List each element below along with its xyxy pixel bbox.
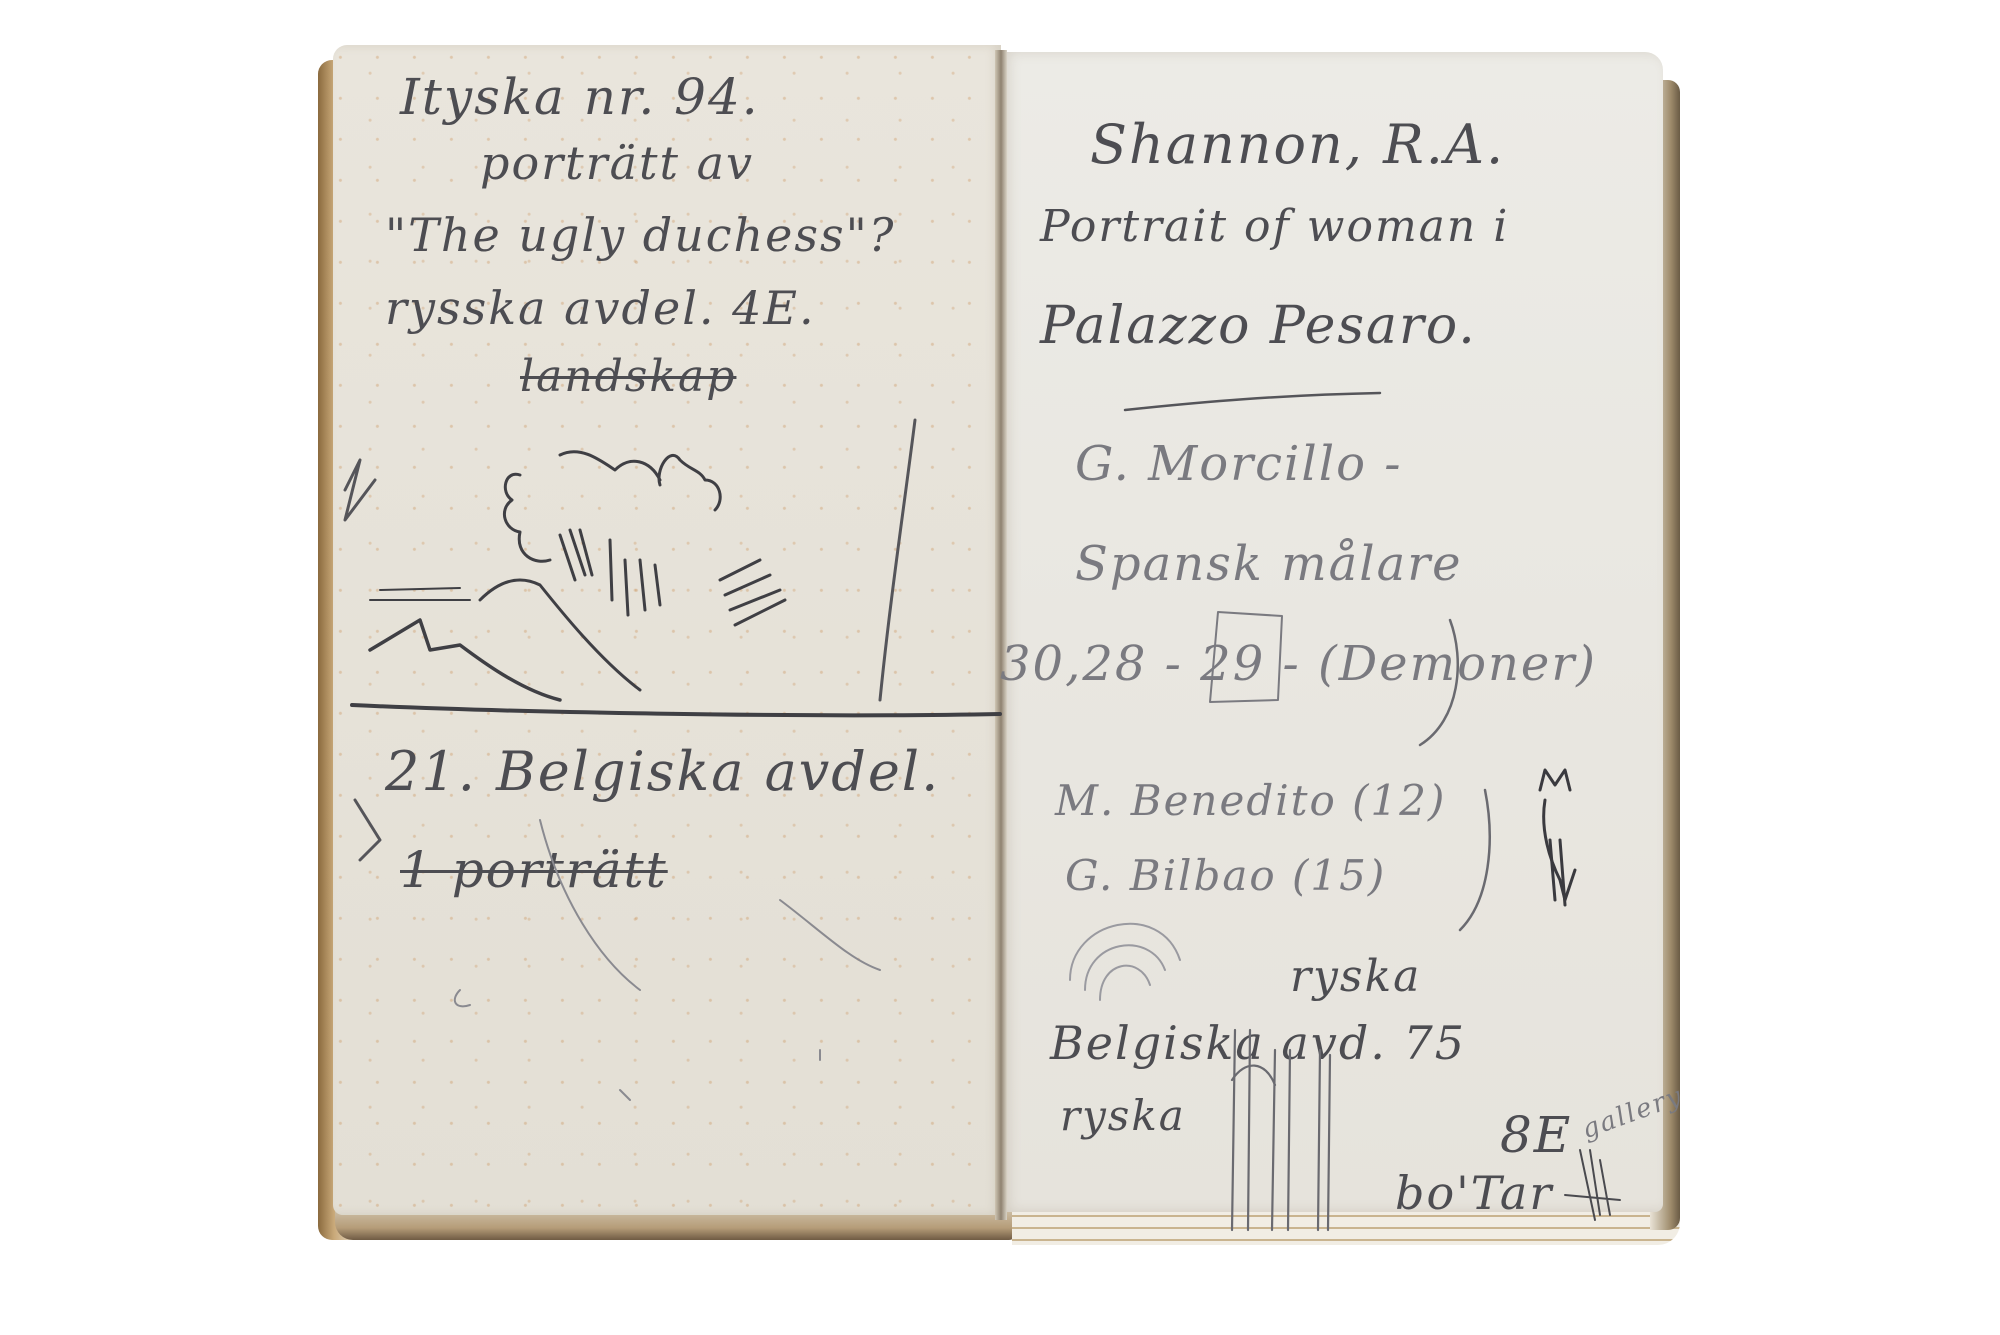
handwriting-line: Portrait of woman i xyxy=(1040,205,1509,249)
handwriting-line: 8E xyxy=(1500,1110,1572,1160)
handwriting-line: porträtt av xyxy=(480,140,754,186)
handwriting-line: 30,28 - 29 - (Demoner) xyxy=(1000,640,1597,688)
handwriting-line: rysska avdel. 4E. xyxy=(385,285,816,331)
handwriting-line: ryska xyxy=(1060,1095,1186,1137)
sketchbook: Ityska nr. 94. porträtt av "The ugly duc… xyxy=(0,0,2000,1335)
handwriting-line: M. Benedito (12) xyxy=(1055,780,1446,822)
handwriting-line-struck: 1 porträtt xyxy=(400,845,668,895)
handwriting-line: Ityska nr. 94. xyxy=(400,72,760,122)
handwriting-line: bo'Tar xyxy=(1395,1170,1553,1216)
handwriting-line: G. Morcillo - xyxy=(1075,440,1402,488)
handwriting-line: Spansk målare xyxy=(1075,540,1463,588)
handwriting-line-struck: landskap xyxy=(520,355,736,399)
handwriting-line: Shannon, R.A. xyxy=(1090,118,1505,172)
handwriting-line: Belgiska avd. 75 xyxy=(1050,1020,1466,1066)
handwriting-line: "The ugly duchess"? xyxy=(385,212,895,258)
book-gutter xyxy=(995,50,1007,1220)
handwriting-line: G. Bilbao (15) xyxy=(1065,855,1386,897)
handwriting-line: ryska xyxy=(1290,955,1421,999)
handwriting-line: 21. Belgiska avdel. xyxy=(385,745,940,799)
handwriting-line: Palazzo Pesaro. xyxy=(1040,300,1477,352)
